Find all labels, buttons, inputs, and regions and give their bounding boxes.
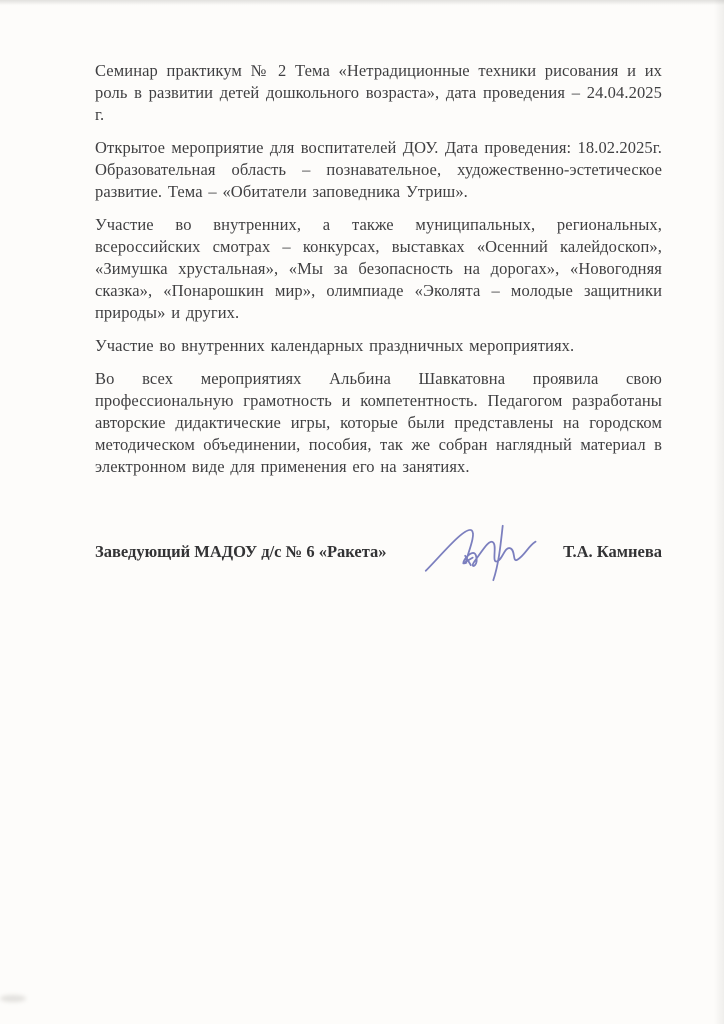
scan-smudge [0,995,26,1002]
scan-edge-top [0,0,724,5]
paragraph-open-event: Открытое мероприятие для воспитателей ДО… [95,137,662,203]
signer-position-label: Заведующий МАДОУ д/с № 6 «Ракета» [95,542,387,562]
scan-edge-right [714,0,724,1024]
document-body: Семинар практикум № 2 Тема «Нетрадиционн… [95,60,662,580]
scanned-document-page: Семинар практикум № 2 Тема «Нетрадиционн… [0,0,724,1024]
paragraph-seminar: Семинар практикум № 2 Тема «Нетрадиционн… [95,60,662,126]
paragraph-contests: Участие во внутренних, а также муниципал… [95,214,662,324]
signature-block: Заведующий МАДОУ д/с № 6 «Ракета» Т.А. К… [95,524,662,580]
signer-name: Т.А. Камнева [563,542,662,562]
paragraph-summary: Во всех мероприятиях Альбина Шавкатовна … [95,368,662,478]
handwritten-signature-icon [422,513,544,591]
paragraph-calendar-events: Участие во внутренних календарных праздн… [95,335,662,357]
